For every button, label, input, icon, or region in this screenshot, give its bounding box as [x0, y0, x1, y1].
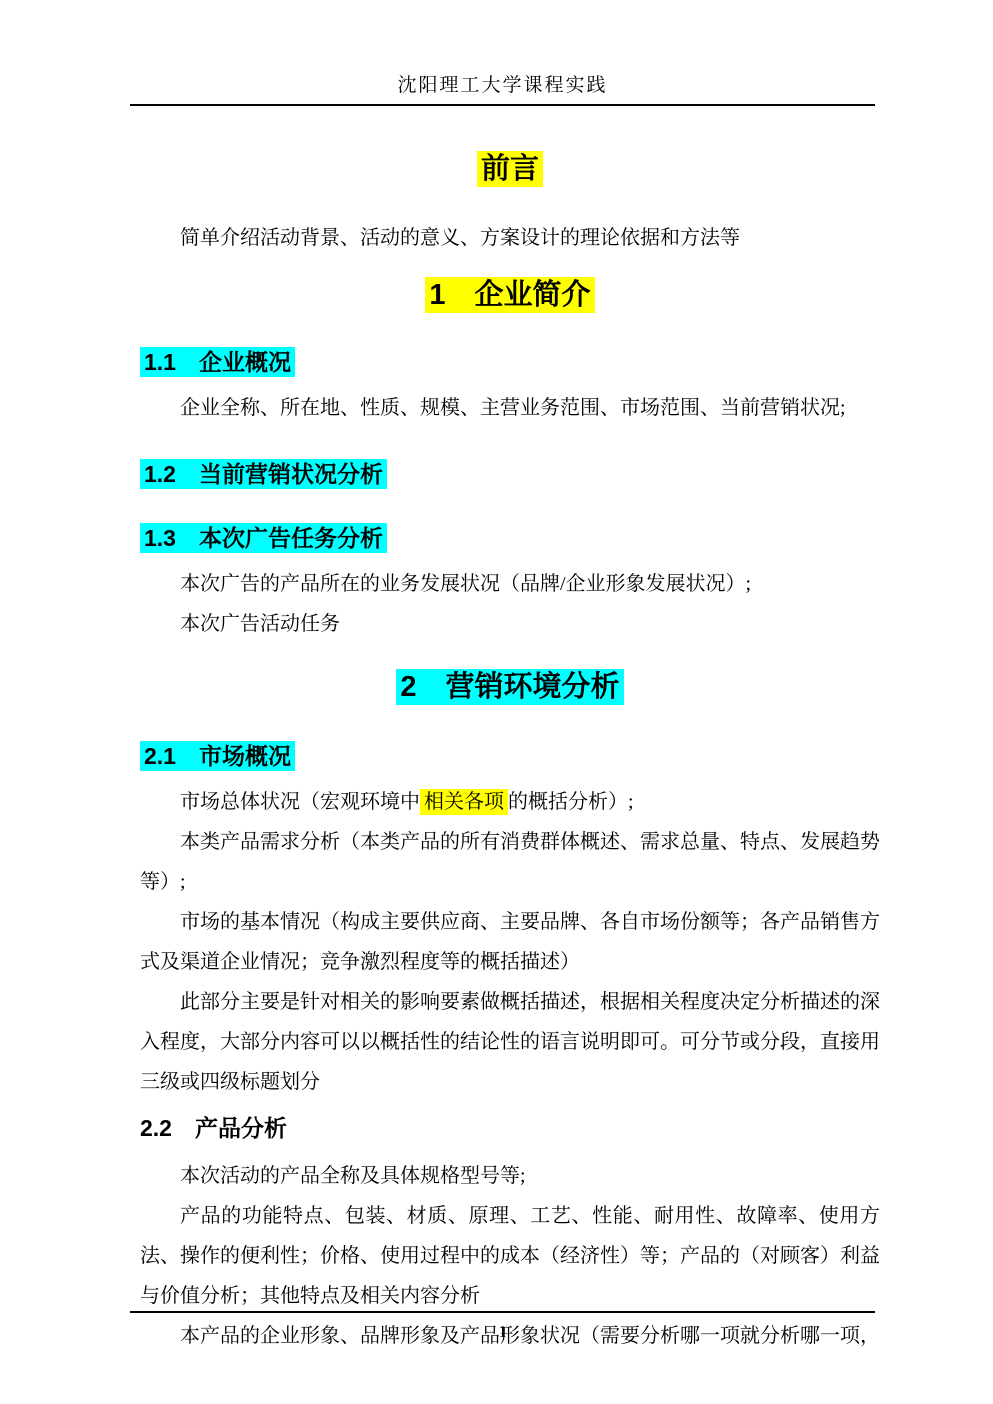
page-number: 1	[130, 1322, 875, 1342]
inline-yellow-highlight: 相关各项	[420, 789, 508, 815]
section-2-1-heading: 2.1 市场概况	[140, 740, 880, 772]
section-1-1-heading: 1.1 企业概况	[140, 346, 880, 378]
section-1-3-paragraph-2: 本次广告活动任务	[140, 604, 880, 644]
section-1-3-heading-text: 1.3 本次广告任务分析	[140, 523, 387, 553]
section-1-2-heading-text: 1.2 当前营销状况分析	[140, 459, 387, 489]
section-1-1-heading-text: 1.1 企业概况	[140, 347, 295, 377]
header-title: 沈阳理工大学课程实践	[397, 75, 607, 96]
footer-divider	[130, 1311, 875, 1313]
preface-heading-text: 前言	[477, 151, 543, 187]
section-1-3-paragraph-1: 本次广告的产品所在的业务发展状况（品牌/企业形象发展状况）;	[140, 564, 880, 604]
preface-heading: 前言	[140, 150, 880, 188]
section-2-1-paragraph-4: 此部分主要是针对相关的影响要素做概括描述，根据相关程度决定分析描述的深入程度，大…	[140, 982, 880, 1102]
section-1-1-paragraph: 企业全称、所在地、性质、规模、主营业务范围、市场范围、当前营销状况;	[140, 388, 880, 428]
section-2-heading: 2 营销环境分析	[140, 668, 880, 706]
document-page: 沈阳理工大学课程实践 前言 简单介绍活动背景、活动的意义、方案设计的理论依据和方…	[0, 0, 993, 1404]
section-2-2-paragraph-1: 本次活动的产品全称及具体规格型号等;	[140, 1156, 880, 1196]
preface-paragraph: 简单介绍活动背景、活动的意义、方案设计的理论依据和方法等	[140, 218, 880, 258]
section-1-3-heading: 1.3 本次广告任务分析	[140, 522, 880, 554]
section-2-1-paragraph-3: 市场的基本情况（构成主要供应商、主要品牌、各自市场份额等；各产品销售方式及渠道企…	[140, 902, 880, 982]
section-2-2-paragraph-2: 产品的功能特点、包装、材质、原理、工艺、性能、耐用性、故障率、使用方法、操作的便…	[140, 1196, 880, 1316]
section-2-1-paragraph-2: 本类产品需求分析（本类产品的所有消费群体概述、需求总量、特点、发展趋势等）;	[140, 822, 880, 902]
page-header: 沈阳理工大学课程实践	[130, 70, 875, 106]
section-2-2-heading: 2.2 产品分析	[140, 1112, 880, 1144]
document-body: 前言 简单介绍活动背景、活动的意义、方案设计的理论依据和方法等 1 企业简介 1…	[140, 140, 880, 1356]
paragraph-text-after-highlight: 的概括分析）;	[508, 791, 634, 813]
section-2-1-heading-text: 2.1 市场概况	[140, 741, 295, 771]
section-2-1-paragraph-1: 市场总体状况（宏观环境中相关各项的概括分析）;	[140, 782, 880, 822]
section-1-heading: 1 企业简介	[140, 276, 880, 314]
paragraph-text-before-highlight: 市场总体状况（宏观环境中	[180, 791, 420, 813]
section-1-heading-text: 1 企业简介	[425, 277, 594, 313]
section-1-2-heading: 1.2 当前营销状况分析	[140, 458, 880, 490]
section-2-heading-text: 2 营销环境分析	[396, 669, 623, 705]
